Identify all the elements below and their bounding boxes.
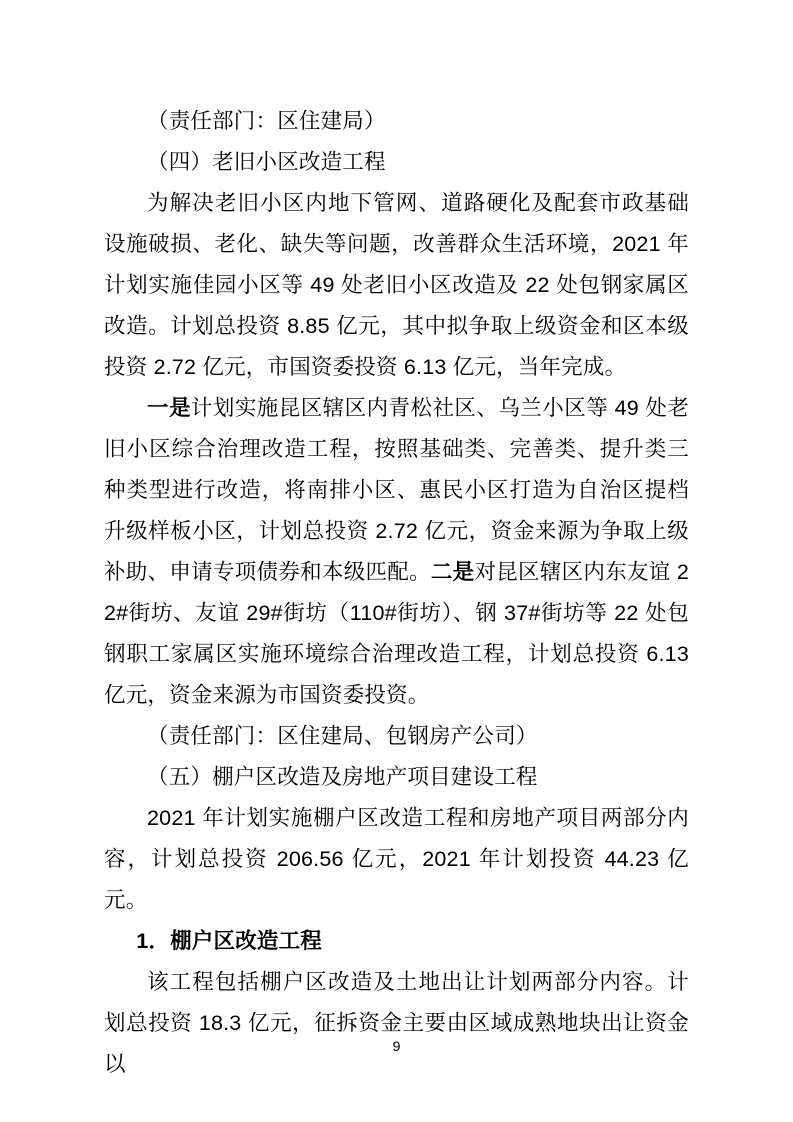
section-heading: 1．棚户区改造工程 [104, 921, 689, 962]
paragraph: （责任部门：区住建局） [104, 101, 689, 142]
bold-text-run: 二是 [431, 560, 475, 584]
text-run: 2021 年计划实施棚户区改造工程和房地产项目两部分内容，计划总投资 206.5… [104, 806, 689, 912]
text-run: （五）棚户区改造及房地产项目建设工程 [147, 765, 538, 789]
paragraph: （责任部门：区住建局、包钢房产公司） [104, 716, 689, 757]
paragraph: 为解决老旧小区内地下管网、道路硬化及配套市政基础设施破损、老化、缺失等问题，改善… [104, 183, 689, 388]
text-run: 该工程包括棚户区改造及土地出让计划两部分内容。计划总投资 18.3 亿元，征拆资… [104, 970, 689, 1076]
bold-text-run: 一是 [147, 396, 191, 420]
text-run: 为解决老旧小区内地下管网、道路硬化及配套市政基础设施破损、老化、缺失等问题，改善… [104, 191, 689, 379]
document-body: （责任部门：区住建局）（四）老旧小区改造工程为解决老旧小区内地下管网、道路硬化及… [104, 101, 689, 1085]
paragraph: 一是计划实施昆区辖区内青松社区、乌兰小区等 49 处老旧小区综合治理改造工程，按… [104, 388, 689, 716]
text-run: （责任部门：区住建局） [147, 109, 386, 133]
text-run: 计划实施昆区辖区内青松社区、乌兰小区等 49 处老旧小区综合治理改造工程，按照基… [104, 396, 689, 584]
text-run: （四）老旧小区改造工程 [147, 150, 386, 174]
paragraph: 该工程包括棚户区改造及土地出让计划两部分内容。计划总投资 18.3 亿元，征拆资… [104, 962, 689, 1085]
paragraph: 2021 年计划实施棚户区改造工程和房地产项目两部分内容，计划总投资 206.5… [104, 798, 689, 921]
paragraph: （四）老旧小区改造工程 [104, 142, 689, 183]
document-page: （责任部门：区住建局）（四）老旧小区改造工程为解决老旧小区内地下管网、道路硬化及… [0, 0, 793, 1122]
text-run: （责任部门：区住建局、包钢房产公司） [147, 724, 538, 748]
page-number: 9 [0, 1036, 793, 1056]
bold-text-run: 1．棚户区改造工程 [136, 929, 322, 953]
paragraph: （五）棚户区改造及房地产项目建设工程 [104, 757, 689, 798]
